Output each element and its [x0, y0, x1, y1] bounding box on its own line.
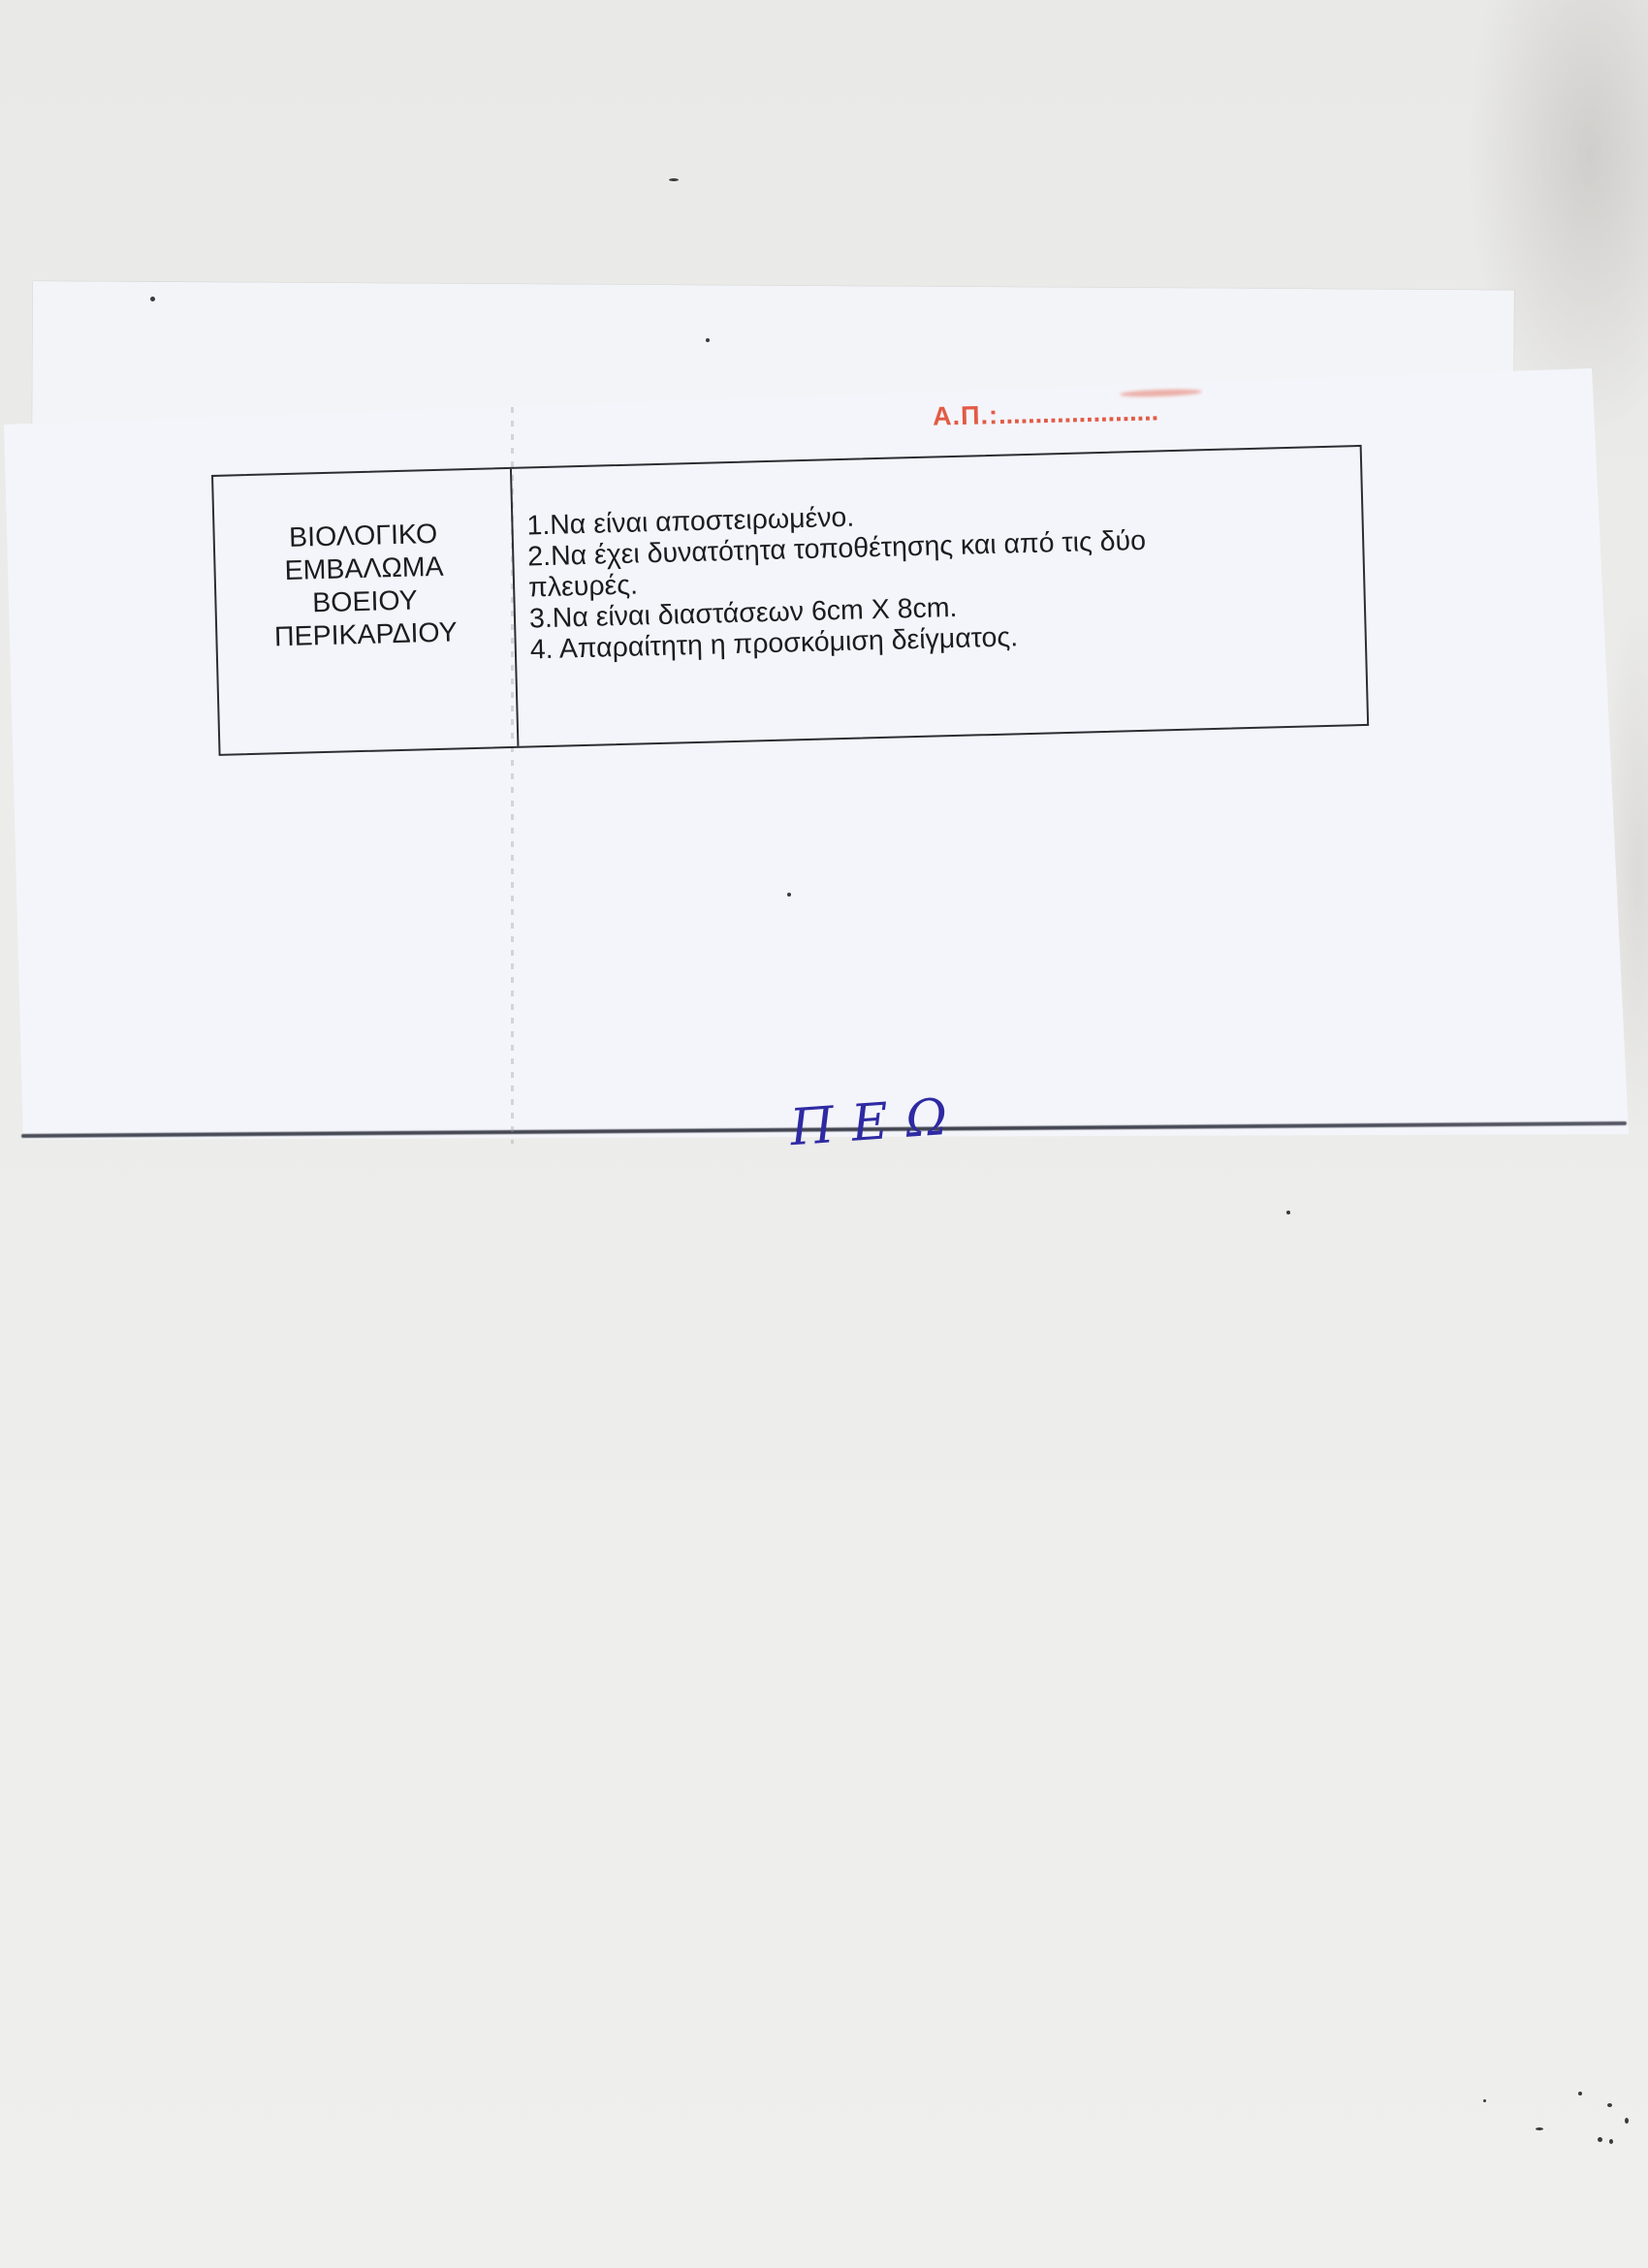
scan-speck: [150, 297, 155, 301]
requirements-cell: 1.Να είναι αποστειρωμένο. 2.Να έχει δυνα…: [512, 447, 1367, 746]
scan-speck: [1625, 2118, 1629, 2124]
item-name-line: ΒΙΟΛΟΓΙΚΟ: [289, 518, 438, 554]
item-name-line: ΠΕΡΙΚΑΡΔΙΟΥ: [274, 615, 458, 653]
scan-speck: [1483, 2099, 1486, 2102]
scan-speck: [1536, 2127, 1543, 2130]
scan-speck: [706, 338, 710, 342]
item-name-line: ΕΜΒΑΛΩΜΑ: [284, 551, 444, 587]
scan-speck: [787, 893, 791, 897]
item-name-line: ΒΟΕΙΟΥ: [312, 583, 418, 619]
protocol-number-stamp: Α.Π.:......................: [933, 396, 1159, 431]
scan-speck: [1609, 2139, 1613, 2144]
specification-table: ΒΙΟΛΟΓΙΚΟ ΕΜΒΑΛΩΜΑ ΒΟΕΙΟΥ ΠΕΡΙΚΑΡΔΙΟΥ 1.…: [211, 445, 1369, 756]
scan-speck: [1607, 2103, 1612, 2107]
scan-speck: [1286, 1211, 1290, 1214]
scan-speck: [1598, 2137, 1602, 2142]
handwritten-note: ΠΕΩ: [788, 1087, 967, 1157]
scan-speck: [669, 178, 679, 181]
item-name-cell: ΒΙΟΛΟΓΙΚΟ ΕΜΒΑΛΩΜΑ ΒΟΕΙΟΥ ΠΕΡΙΚΑΡΔΙΟΥ: [213, 469, 519, 754]
stamp-dotted-field: ......................: [998, 396, 1159, 429]
scan-speck: [1578, 2092, 1582, 2095]
stamp-label: Α.Π.:: [933, 400, 999, 431]
